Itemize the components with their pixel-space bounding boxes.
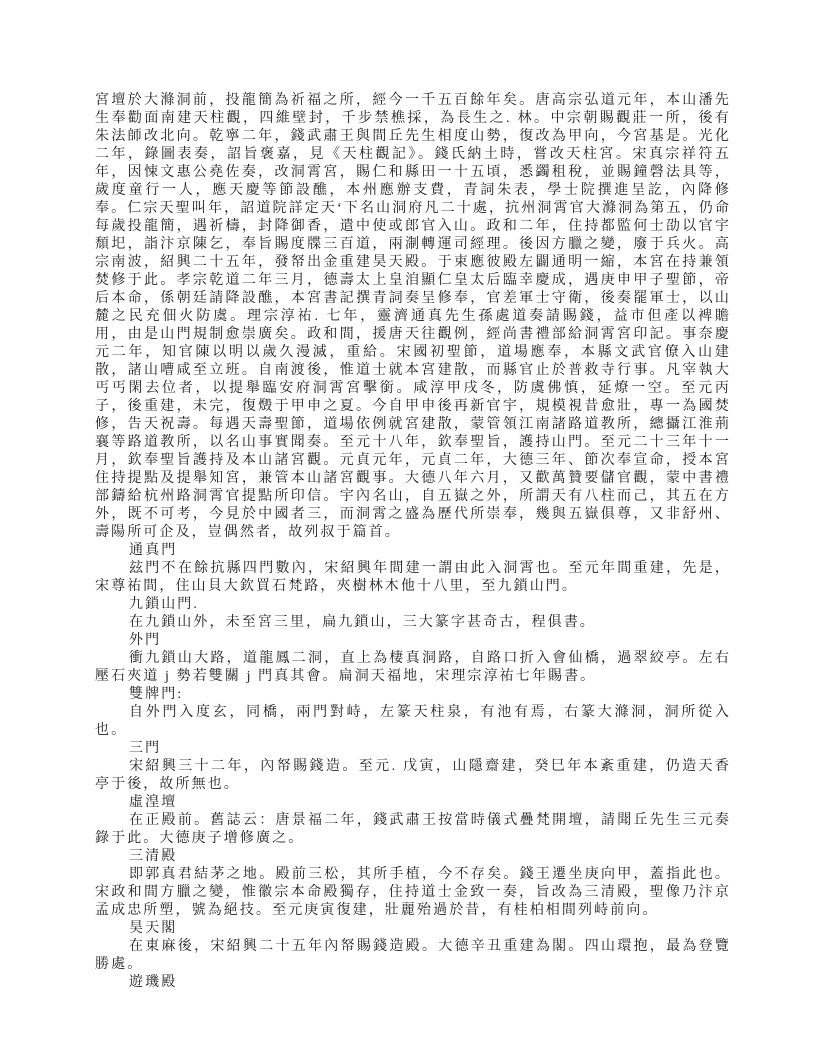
paragraph-xuhuang-altar: 在正殿前。舊誌云：唐景福二年，錢武肅王按當時儀式疊梵開壇，請聞丘先生三元奏錄于此… — [95, 812, 731, 848]
heading-xuhuang-altar: 虛湟壇 — [95, 794, 731, 812]
heading-triple-gate: 三門 — [95, 740, 731, 758]
heading-youji-hall: 遊璣殿 — [95, 974, 731, 992]
heading-tongzhen-gate: 通真門 — [95, 542, 731, 560]
paragraph-haotian-pavilion: 在東麻後，宋紹興二十五年內帑賜錢造殿。大德辛丑重建為閣。四山環抱，最為登覽勝處。 — [95, 938, 731, 974]
paragraph-double-tablet-gate: 自外門入度玄，同橋，兩門對峙，左篆天柱泉，有池有焉，右篆大滌洞，洞所從入也。 — [95, 704, 731, 740]
text-block: 宮壇於大滌洞前，投龍簡為祈福之所，經今一千五百餘年矣。唐高宗弘道元年，本山潘先生… — [95, 92, 731, 992]
heading-double-tablet-gate: 雙牌門: — [95, 686, 731, 704]
paragraph-jiusuo-mountain-gate: 在九鎖山外，未至宮三里，扁九鎖山，三大篆字甚奇古，程俱書。 — [95, 614, 731, 632]
paragraph-triple-gate: 宋紹興三十二年，內帑賜錢造。至元. 戊寅，山隱齋建，癸巳年本紊重建，仍造天香亭于… — [95, 758, 731, 794]
document-page: 宮壇於大滌洞前，投龍簡為祈福之所，經今一千五百餘年矣。唐高宗弘道元年，本山潘先生… — [0, 0, 816, 1056]
heading-sanqing-hall: 三清殿 — [95, 848, 731, 866]
paragraph-outer-gate: 衝九鎖山大路，道龍鳳二洞，直上為棲真洞路，自路口折入會仙橋，過翠絞亭。左右壓石夾… — [95, 650, 731, 686]
heading-haotian-pavilion: 昊天閣 — [95, 920, 731, 938]
paragraph-tongzhen-gate: 玆門不在餘抗縣四門數內，宋紹興年間建一謂由此入洞霄也。至元年間重建，先是，宋尊祐… — [95, 560, 731, 596]
heading-outer-gate: 外門 — [95, 632, 731, 650]
paragraph-sanqing-hall: 即郭真君結茅之地。殿前三松，其所手植，今不存矣。錢王遷坐庚向甲，蓋指此也。宋政和… — [95, 866, 731, 920]
paragraph-main-history: 宮壇於大滌洞前，投龍簡為祈福之所，經今一千五百餘年矣。唐高宗弘道元年，本山潘先生… — [95, 92, 731, 542]
heading-jiusuo-mountain-gate: 九鎖山門. — [95, 596, 731, 614]
